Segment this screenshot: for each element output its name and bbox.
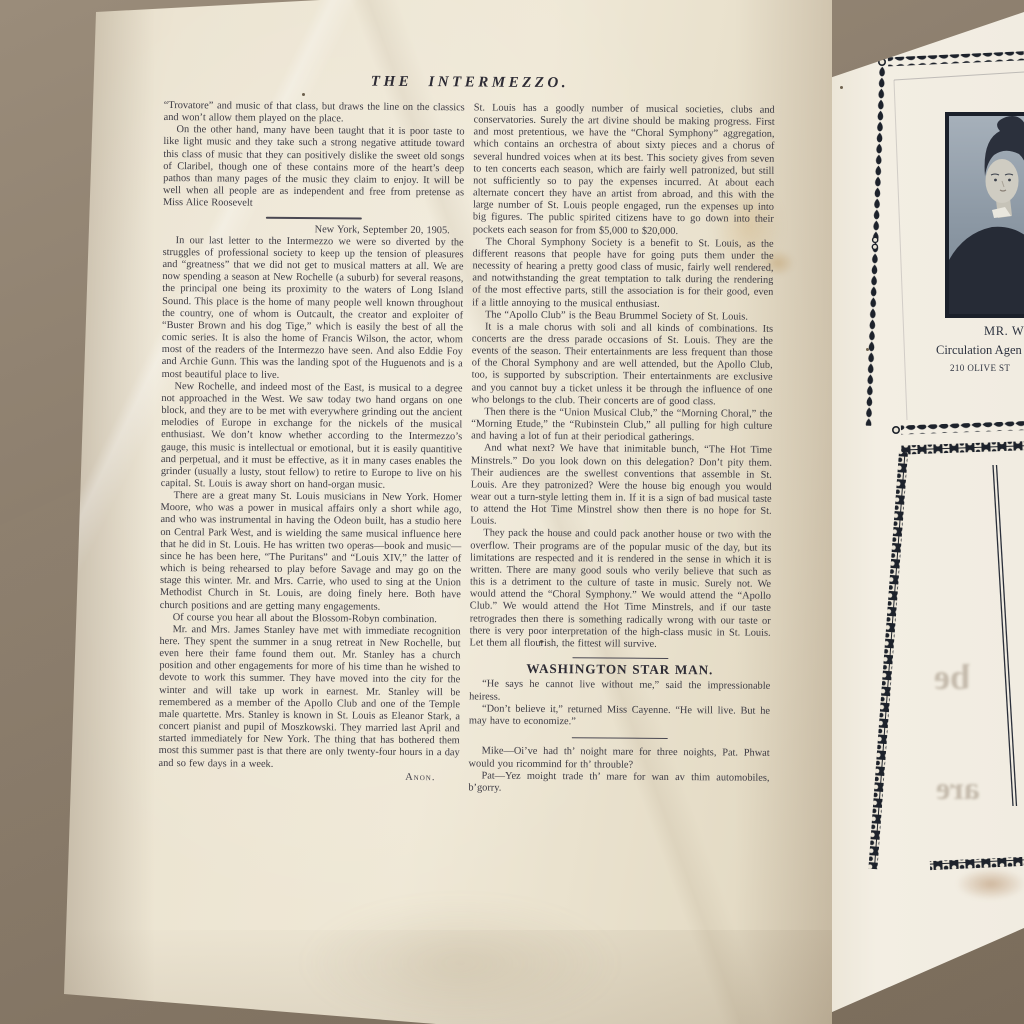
left-text-column: “Trovatore” and music of that class, but… (158, 100, 464, 794)
paragraph: It is a male chorus with soli and all ki… (471, 321, 773, 408)
right-text-column: St. Louis has a goodly number of musical… (468, 102, 774, 796)
author-signature: Anon. (158, 770, 459, 785)
ink-bleed-through-text: be (934, 656, 970, 698)
portrait-caption-name: MR. W (984, 324, 1024, 339)
facing-page: MR. W Circulation Agen 210 OLIVE ST be a… (806, 0, 1024, 1024)
ink-bleed-through-text: are (936, 770, 980, 807)
page-title: THE INTERMEZZO. (164, 72, 776, 94)
ruled-line (993, 465, 1013, 806)
section-divider (265, 217, 361, 219)
paper-stain (300, 898, 620, 1024)
paragraph: St. Louis has a goodly number of musical… (473, 102, 775, 238)
portrait-photo (945, 112, 1024, 318)
paragraph: “Trovatore” and music of that class, but… (164, 100, 465, 127)
article-heading: WASHINGTON STAR MAN. (469, 663, 770, 678)
paper-stain (956, 868, 1024, 900)
portrait-caption-address: 210 OLIVE ST (950, 363, 1010, 373)
paragraph: Mr. and Mrs. James Stanley have met with… (159, 624, 461, 772)
section-divider (571, 737, 667, 739)
paragraph: Then there is the “Union Musical Club,” … (471, 406, 772, 445)
paper-speck (866, 348, 869, 351)
magazine-page: THE INTERMEZZO. “Trovatore” and music of… (0, 0, 832, 1024)
paragraph: “He says he cannot live without me,” sai… (469, 679, 770, 706)
printed-content: THE INTERMEZZO. “Trovatore” and music of… (158, 72, 776, 797)
paragraph: In our last letter to the Intermezzo we … (162, 235, 464, 383)
paragraph: Mike—Oi’ve had th’ noight mare for three… (469, 746, 770, 773)
paragraph: Pat—Yez moight trade th’ mare for wan av… (468, 770, 769, 797)
paragraph: They pack the house and could pack anoth… (469, 528, 771, 652)
section-divider (572, 657, 668, 659)
paragraph: New Rochelle, and indeed most of the Eas… (161, 381, 463, 493)
paragraph: The Choral Symphony Society is a benefit… (472, 236, 774, 311)
paper-speck (840, 86, 843, 89)
paragraph: On the other hand, many have been taught… (163, 124, 465, 211)
paragraph: And what next? We have that inimitable b… (470, 443, 772, 530)
photograph-of-magazine: MR. W Circulation Agen 210 OLIVE ST be a… (0, 0, 1024, 1024)
portrait-caption-role: Circulation Agen (936, 343, 1022, 358)
paragraph: There are a great many St. Louis musicia… (160, 490, 462, 614)
paragraph: “Don’t believe it,” returned Miss Cayenn… (469, 703, 770, 730)
